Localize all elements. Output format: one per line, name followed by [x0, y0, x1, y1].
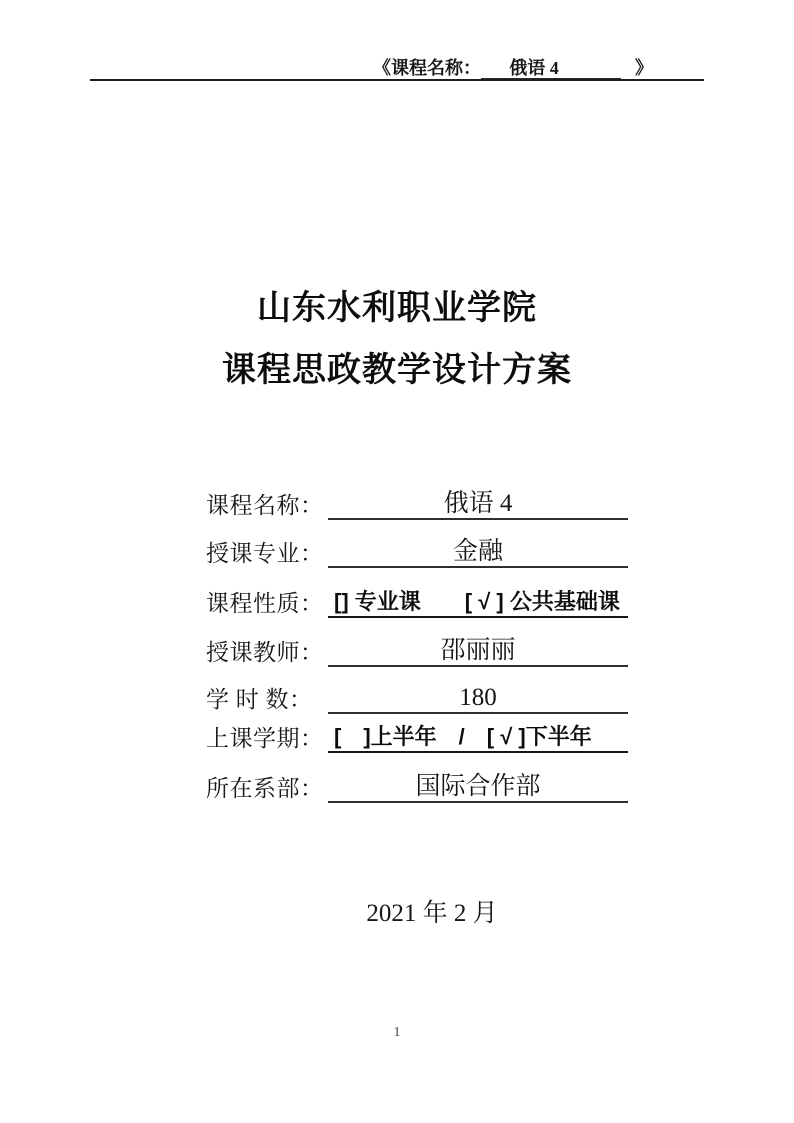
field-label: 课程性质：: [206, 589, 328, 618]
field-label: 上课学期：: [206, 724, 328, 753]
field-value-underline: 国际合作部: [328, 772, 628, 803]
field-value-underline: 金融: [328, 537, 628, 568]
form-row-department: 所在系部： 国际合作部: [206, 772, 628, 803]
field-value-underline: 俄语 4: [328, 489, 628, 520]
page-number: 1: [0, 1025, 794, 1041]
field-value-checkboxes: [] 专业课 [ √ ] 公共基础课: [328, 587, 628, 618]
field-label: 授课专业：: [206, 539, 328, 568]
form-row-course-type: 课程性质： [] 专业课 [ √ ] 公共基础课: [206, 587, 628, 618]
field-label: 所在系部：: [206, 774, 328, 803]
header-course-value: 俄语 4: [481, 58, 621, 80]
field-label: 学 时 数：: [206, 685, 328, 714]
doc-date: 2021 年 2 月: [0, 893, 794, 929]
field-label: 课程名称：: [206, 491, 328, 520]
header-divider-rule: [90, 79, 704, 81]
form-row-class-hours: 学 时 数： 180: [206, 683, 628, 714]
header-suffix: 》: [635, 58, 653, 78]
form-row-teaching-major: 授课专业： 金融: [206, 537, 628, 568]
doc-title-line-2: 课程思政教学设计方案: [0, 342, 794, 391]
header-prefix: 《课程名称：: [373, 58, 481, 78]
form-row-teacher: 授课教师： 邵丽丽: [206, 636, 628, 667]
field-value-underline: 180: [328, 683, 628, 714]
field-value-underline: 邵丽丽: [328, 636, 628, 667]
document-page: 《课程名称：俄语 4》 山东水利职业学院 课程思政教学设计方案 课程名称： 俄语…: [0, 0, 794, 1123]
field-value-checkboxes: [ ]上半年 / [ √ ]下半年: [328, 722, 628, 753]
form-row-course-name: 课程名称： 俄语 4: [206, 489, 628, 520]
doc-title-line-1: 山东水利职业学院: [0, 280, 794, 329]
header-course-line: 《课程名称：俄语 4》: [373, 54, 653, 80]
form-row-semester: 上课学期： [ ]上半年 / [ √ ]下半年: [206, 722, 628, 753]
field-label: 授课教师：: [206, 638, 328, 667]
